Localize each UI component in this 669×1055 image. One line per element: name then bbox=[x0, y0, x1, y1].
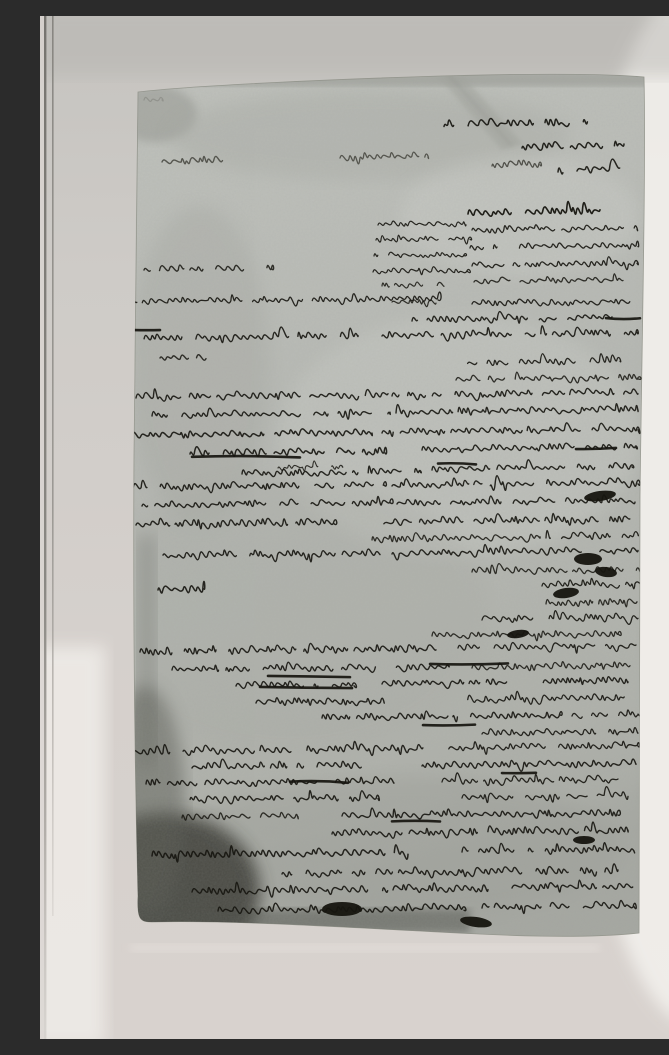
book-photo bbox=[40, 16, 669, 1039]
strikethrough-mark bbox=[576, 448, 616, 449]
ink-blot bbox=[574, 553, 602, 565]
strikethrough-mark bbox=[438, 463, 476, 464]
strikethrough-mark bbox=[423, 725, 475, 726]
ink-blot bbox=[573, 836, 595, 844]
strikethrough-mark bbox=[392, 821, 440, 822]
strikethrough-mark bbox=[192, 456, 300, 457]
strikethrough-mark bbox=[430, 663, 508, 664]
strikethrough-mark bbox=[268, 676, 350, 677]
ink-blot bbox=[322, 902, 362, 916]
manuscript-sheet bbox=[70, 68, 669, 969]
page-below-sheet-streak bbox=[130, 944, 600, 952]
page-top-shade bbox=[40, 16, 669, 76]
page-bottomleft-highlight bbox=[40, 646, 105, 1039]
strikethrough-mark bbox=[260, 687, 352, 688]
strikethrough-mark bbox=[606, 318, 640, 319]
